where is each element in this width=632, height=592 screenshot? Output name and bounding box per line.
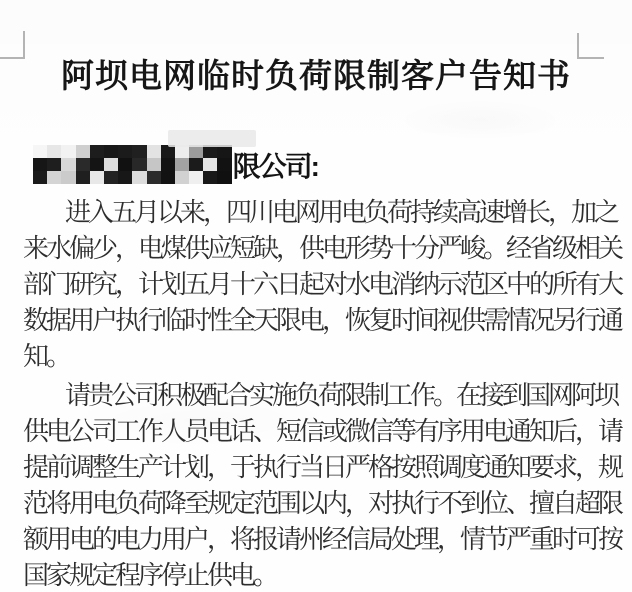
mosaic-cell xyxy=(47,145,61,158)
mosaic-cell xyxy=(76,158,90,171)
text-line: 部门研究，计划五月十六日起对水电消纳示范区中的所有大 xyxy=(23,266,626,302)
mosaic-row xyxy=(33,158,232,171)
mosaic-cell xyxy=(203,158,217,171)
mosaic-cell xyxy=(61,171,75,184)
mosaic-cell xyxy=(161,171,175,184)
mosaic-cell xyxy=(33,158,47,171)
mosaic-cell xyxy=(175,171,189,184)
paragraph-2: 请贵公司积极配合实施负荷限制工作。在接到国网阿坝供电公司工作人员电话、短信或微信… xyxy=(23,377,626,592)
mosaic-cell xyxy=(161,158,175,171)
text-line: 供电公司工作人员电话、短信或微信等有序用电通知后，请 xyxy=(23,413,626,449)
text-line: 进入五月以来，四川电网用电负荷持续高速增长，加之 xyxy=(23,194,626,230)
mosaic-cell xyxy=(132,158,146,171)
mosaic-cell xyxy=(118,158,132,171)
document-page: 阿坝电网临时负荷限制客户告知书 限公司: 进入五月以来，四川电网用电负荷持续高速… xyxy=(0,0,632,592)
crop-mark-top-right-horizontal xyxy=(577,57,604,59)
mosaic-cell xyxy=(61,145,75,158)
text-line: 来水偏少，电煤供应短缺，供电形势十分严峻。经省级相关 xyxy=(23,230,626,266)
mosaic-cell xyxy=(61,158,75,171)
mosaic-cell xyxy=(132,145,146,158)
mosaic-cell xyxy=(147,145,161,158)
mosaic-cell xyxy=(217,158,231,171)
mosaic-cell xyxy=(104,145,118,158)
mosaic-cell xyxy=(76,171,90,184)
mosaic-cell xyxy=(132,171,146,184)
mosaic-cell xyxy=(189,158,203,171)
redacted-company-name-mosaic xyxy=(33,145,232,184)
mosaic-cell xyxy=(118,171,132,184)
crop-mark-top-left-vertical xyxy=(23,31,25,58)
text-line: 提前调整生产计划，于执行当日严格按照调度通知要求，规 xyxy=(23,449,626,485)
text-line: 数据用户执行临时性全天限电，恢复时间视供需情况另行通 xyxy=(23,302,626,338)
text-line: 知。 xyxy=(23,338,626,374)
background-smudge xyxy=(168,130,256,147)
mosaic-cell xyxy=(147,171,161,184)
mosaic-cell xyxy=(33,171,47,184)
mosaic-cell xyxy=(189,171,203,184)
mosaic-cell xyxy=(47,158,61,171)
salutation-suffix: 限公司: xyxy=(233,150,318,184)
mosaic-cell xyxy=(104,171,118,184)
document-title: 阿坝电网临时负荷限制客户告知书 xyxy=(0,0,632,98)
text-line: 额用电的电力用户，将报请州经信局处理，情节严重时可按 xyxy=(23,521,626,557)
mosaic-cell xyxy=(203,171,217,184)
text-line: 请贵公司积极配合实施负荷限制工作。在接到国网阿坝 xyxy=(23,377,626,413)
mosaic-cell xyxy=(90,145,104,158)
mosaic-cell xyxy=(175,158,189,171)
text-line: 国家规定程序停止供电。 xyxy=(23,557,626,592)
crop-mark-top-left-horizontal xyxy=(0,57,25,59)
mosaic-cell xyxy=(147,158,161,171)
crop-mark-top-right-vertical xyxy=(577,33,579,58)
mosaic-cell xyxy=(47,171,61,184)
text-line: 范将用电负荷降至规定范围以内，对执行不到位、擅自超限 xyxy=(23,485,626,521)
salutation-line: 限公司: xyxy=(33,144,632,184)
mosaic-cell xyxy=(33,145,47,158)
mosaic-cell xyxy=(118,145,132,158)
mosaic-cell xyxy=(76,145,90,158)
paragraph-1: 进入五月以来，四川电网用电负荷持续高速增长，加之来水偏少，电煤供应短缺，供电形势… xyxy=(23,194,626,374)
mosaic-cell xyxy=(90,158,104,171)
mosaic-row xyxy=(33,171,232,184)
mosaic-cell xyxy=(217,171,231,184)
mosaic-cell xyxy=(104,158,118,171)
mosaic-cell xyxy=(90,171,104,184)
